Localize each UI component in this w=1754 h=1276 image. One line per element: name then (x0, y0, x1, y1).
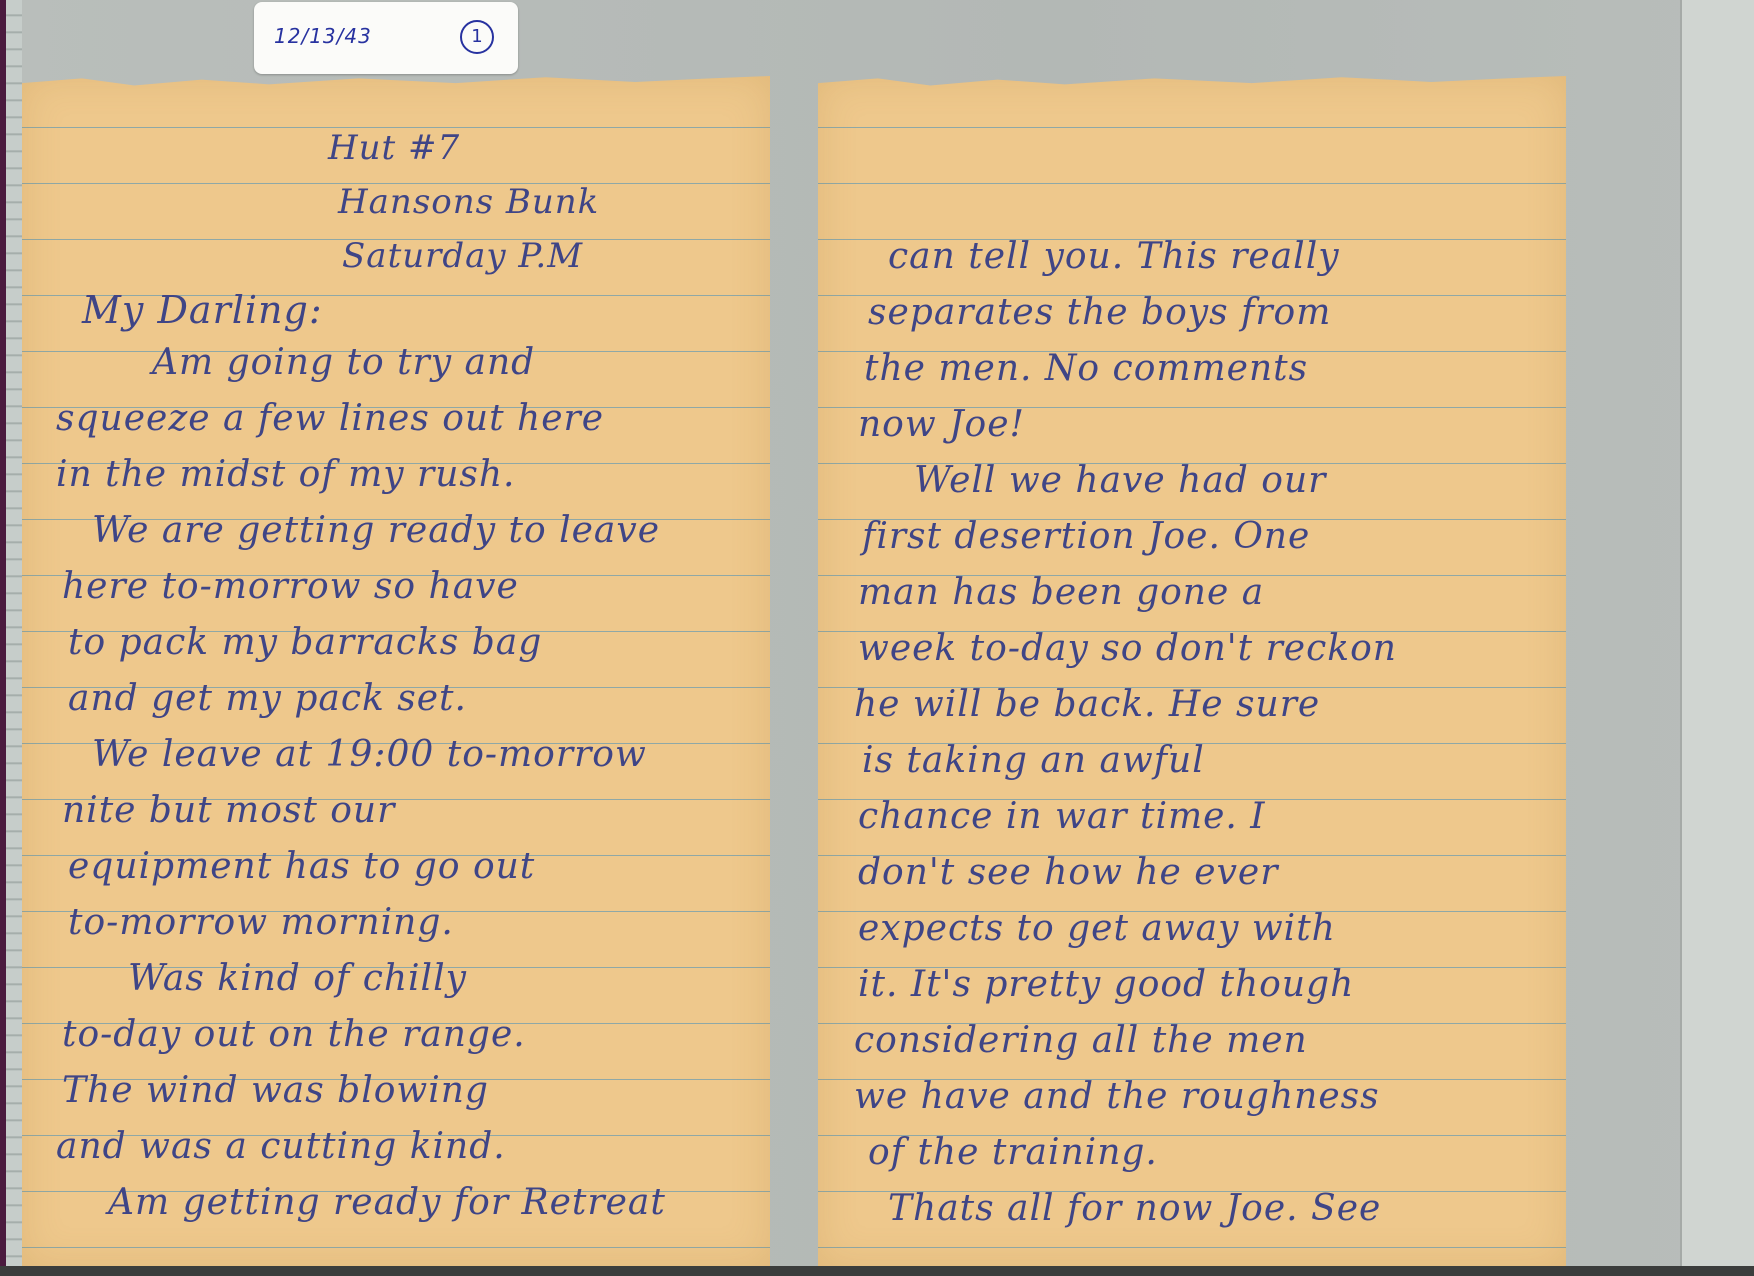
letter-line: first desertion Joe. One (862, 516, 1310, 557)
heading-line-2: Hansons Bunk (338, 182, 599, 222)
letter-page-right: can tell you. This really separates the … (818, 76, 1566, 1266)
letter-greeting: My Darling: (82, 288, 323, 332)
label-date: 12/13/43 (274, 24, 372, 48)
letter-line: now Joe! (858, 404, 1025, 445)
letter-line: chance in war time. I (858, 796, 1266, 837)
letter-line: to-morrow morning. (68, 902, 454, 943)
letter-line: to-day out on the range. (62, 1014, 526, 1055)
heading-line-1: Hut #7 (328, 128, 460, 168)
letter-line: it. It's pretty good though (858, 964, 1354, 1005)
letter-line: can tell you. This really (888, 236, 1340, 277)
letter-line: Am getting ready for Retreat (108, 1182, 666, 1223)
letter-line: expects to get away with (858, 908, 1336, 949)
letter-line: man has been gone a (858, 572, 1264, 613)
letter-line: Thats all for now Joe. See (888, 1188, 1381, 1229)
letter-line: and was a cutting kind. (56, 1126, 506, 1167)
letter-line: separates the boys from (868, 292, 1331, 333)
letter-line: to pack my barracks bag (68, 622, 542, 663)
letter-line: is taking an awful (862, 740, 1205, 781)
letter-line: the men. No comments (864, 348, 1308, 389)
letter-line: he will be back. He sure (854, 684, 1320, 725)
letter-line: Well we have had our (914, 460, 1326, 501)
letter-line: We are getting ready to leave (92, 510, 660, 551)
label-page-number: 1 (460, 20, 494, 54)
letter-line: don't see how he ever (858, 852, 1278, 893)
letter-line: in the midst of my rush. (56, 454, 515, 495)
letter-line: of the training. (868, 1132, 1158, 1173)
letter-line: equipment has to go out (68, 846, 535, 887)
letter-page-left: Hut #7 Hansons Bunk Saturday P.M My Darl… (22, 76, 770, 1266)
letter-line: Was kind of chilly (128, 958, 467, 999)
letter-line: Am going to try and (152, 342, 535, 383)
archive-label-card: 12/13/43 1 (254, 2, 518, 74)
letter-line: here to-morrow so have (62, 566, 519, 607)
heading-line-3: Saturday P.M (342, 236, 583, 276)
letter-line: week to-day so don't reckon (858, 628, 1397, 669)
scanner-edge-strip (1680, 0, 1754, 1276)
letter-line: we have and the roughness (854, 1076, 1380, 1117)
letter-line: nite but most our (62, 790, 395, 831)
letter-line: We leave at 19:00 to-morrow (92, 734, 647, 775)
scan-bottom-edge (0, 1266, 1754, 1276)
binder-edge (0, 0, 22, 1276)
letter-line: squeeze a few lines out here (56, 398, 604, 439)
letter-line: considering all the men (854, 1020, 1308, 1061)
letter-line: The wind was blowing (62, 1070, 489, 1111)
letter-line: and get my pack set. (68, 678, 467, 719)
